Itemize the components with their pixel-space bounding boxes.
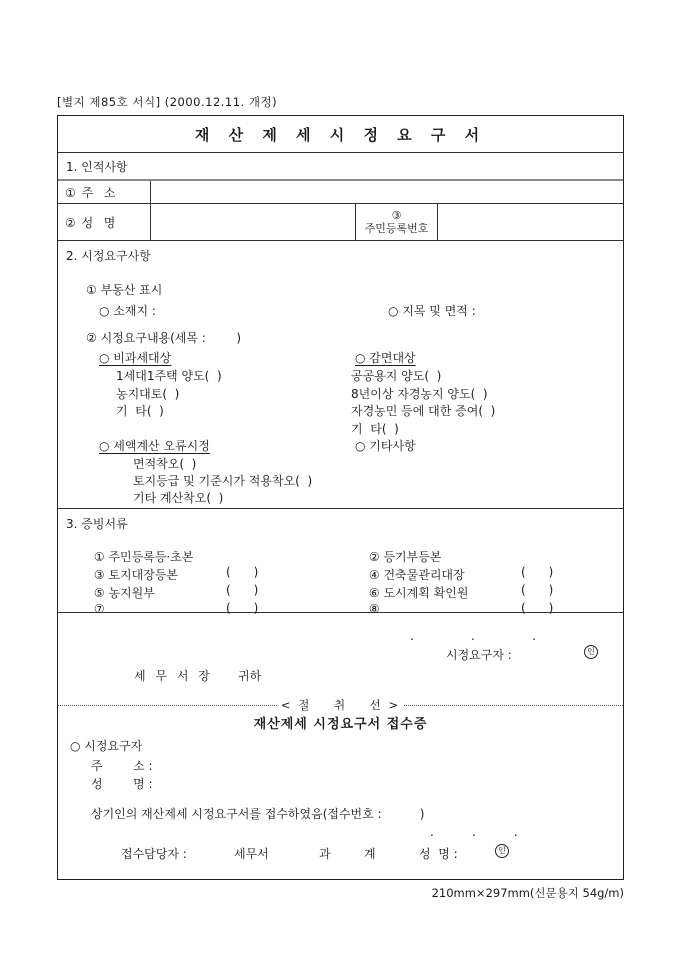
section2-correction-request: 2. 시정요구사항 ① 부동산 표시 ○ 소재지 : ○ 지목 및 면적 : ②…: [58, 241, 623, 509]
seal-icon: 인: [584, 645, 598, 659]
resident-number-label: ③ 주민등록번호: [356, 204, 438, 240]
section2-heading: 2. 시정요구사항: [66, 247, 151, 264]
receipt-office-label: 세무서: [234, 845, 269, 862]
receiver-label: 접수담당자 :: [121, 845, 187, 862]
form-reference-note: [별지 제85호 서식] (2000.12.11. 개정): [57, 94, 277, 110]
section3-documents: 3. 증빙서류 ① 주민등록등·초본 ( ) ③ 토지대장등본 ( ) ⑤ 농지…: [58, 509, 623, 613]
section3-heading: 3. 증빙서류: [66, 515, 128, 532]
tax-office-chief-label: 세 무 서 장: [134, 667, 213, 684]
reduction-item: 공공용지 양도( ): [351, 367, 441, 384]
doc-paren: ( ): [226, 565, 258, 579]
resident-number-field[interactable]: [438, 204, 623, 240]
doc-paren: ( ): [521, 583, 553, 597]
doc-label: ⑥ 도시계획 확인원: [369, 586, 469, 600]
seal-icon: 인: [495, 844, 509, 858]
nontaxable-item: 기 타( ): [116, 402, 164, 419]
paper-size-note: 210mm×297mm(신문용지 54g/m): [432, 885, 624, 901]
resident-number-text: 주민등록번호: [365, 222, 429, 235]
property-indication-heading: ① 부동산 표시: [86, 281, 162, 298]
address-field[interactable]: [151, 181, 623, 203]
date-dots: . . .: [410, 629, 536, 643]
section1-heading-row: 1. 인적사항: [58, 153, 623, 181]
cut-line-dash: [404, 705, 623, 706]
receipt-address-label: 주 소 :: [91, 757, 153, 774]
name-label: ② 성 명: [58, 204, 151, 240]
location-label: ○ 소재지 :: [99, 302, 156, 319]
address-row: ① 주 소: [58, 181, 623, 204]
calc-error-item: 토지등급 및 기준시가 적용착오( ): [133, 472, 312, 489]
cut-line-dash: [58, 705, 277, 706]
reduction-item: 기 타( ): [351, 420, 399, 437]
nontaxable-item: 1세대1주택 양도( ): [116, 367, 222, 384]
receipt-received-text: 상기인의 재산제세 시정요구서를 접수하였음(접수번호 : ): [91, 805, 424, 822]
document-page: { "page": { "form_ref": "[별지 제85호 서식] (2…: [0, 0, 680, 962]
receipt-title: 재산제세 시정요구서 접수증: [58, 713, 623, 732]
receipt-division-label: 과: [319, 845, 331, 862]
etc-heading: ○ 기타사항: [355, 437, 416, 454]
nontaxable-heading: ○ 비과세대상: [99, 349, 171, 366]
receipt-name2-label: 성 명 :: [419, 845, 458, 862]
cut-line-label: < 절 취 선 >: [277, 697, 404, 713]
reduction-heading: ○ 감면대상: [355, 349, 416, 366]
form-title: 재 산 제 세 시 정 요 구 서: [195, 124, 486, 145]
calc-error-item: 면적착오( ): [133, 455, 196, 472]
section1-heading: 1. 인적사항: [66, 158, 128, 175]
cut-line: < 절 취 선 >: [58, 697, 623, 713]
request-content-heading: ② 시정요구내용(세목 : ): [86, 329, 241, 346]
calc-error-heading: ○ 세액계산 오류시정: [99, 437, 210, 454]
reduction-item: 자경농민 등에 대한 증여( ): [351, 402, 495, 419]
requester-signature-label: 시정요구자 :: [446, 646, 512, 663]
address-label: ① 주 소: [58, 181, 151, 203]
doc-paren: ( ): [226, 583, 258, 597]
receipt-section-label: 계: [364, 845, 376, 862]
resident-number-circled-no: ③: [392, 209, 402, 222]
receipt-name-label: 성 명 :: [91, 775, 153, 792]
doc-paren: ( ): [521, 565, 553, 579]
form-table: 재 산 제 세 시 정 요 구 서 1. 인적사항 ① 주 소 ② 성 명 ③ …: [57, 115, 624, 880]
dear-label: 귀하: [238, 667, 261, 684]
land-category-area-label: ○ 지목 및 면적 :: [388, 302, 476, 319]
calc-error-item: 기타 계산착오( ): [133, 489, 223, 506]
nontaxable-item: 농지대토( ): [116, 385, 179, 402]
title-row: 재 산 제 세 시 정 요 구 서: [58, 116, 623, 153]
name-row: ② 성 명 ③ 주민등록번호: [58, 204, 623, 241]
receipt-requester-heading: ○ 시정요구자: [70, 737, 142, 754]
receipt-date-dots: . . .: [430, 825, 518, 839]
footer-area: . . . 시정요구자 : 인 세 무 서 장 귀하 < 절 취 선 > 재산제…: [58, 613, 623, 878]
reduction-item: 8년이상 자경농지 양도( ): [351, 385, 488, 402]
name-field[interactable]: [151, 204, 356, 240]
